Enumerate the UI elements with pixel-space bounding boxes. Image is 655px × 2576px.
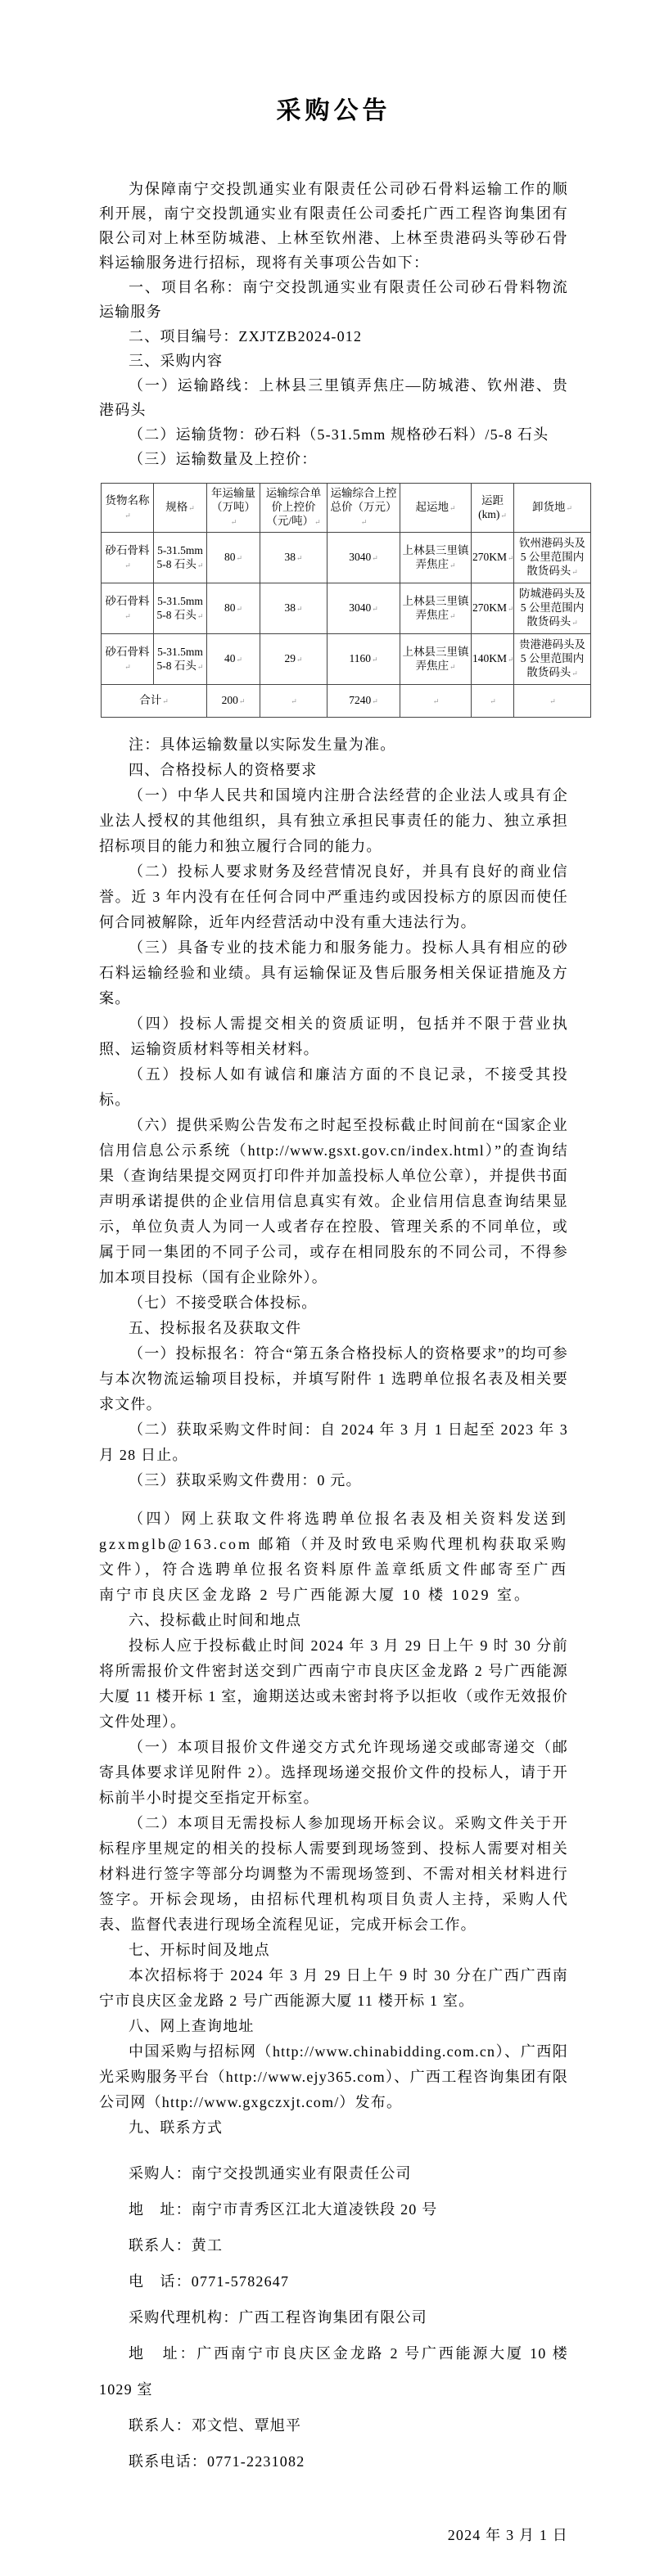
table-row: 砂石骨料5-31.5mm 5-8 石头80383040上林县三里镇弄焦庄270K… [102,583,591,634]
table-cell: 29 [260,634,327,685]
paragraph: （三）运输数量及上控价： [99,447,568,471]
table-cell: 270KM [472,583,514,634]
table-header-cell: 运输综合上控总价（万元） [327,484,400,533]
table-cell: 钦州港码头及 5 公里范围内散货码头 [514,533,591,583]
paragraph: （七）不接受联合体投标。 [99,1290,568,1316]
paragraph: （四）投标人需提交相关的资质证明，包括并不限于营业执照、运输资质材料等相关材料。 [99,1011,568,1062]
table-cell: 贵港港码头及 5 公里范围内散货码头 [514,634,591,685]
table-total-label: 合计 [102,685,207,718]
paragraph: 五、投标报名及获取文件 [99,1316,568,1341]
table-cell: 140KM [472,634,514,685]
paragraph: （一）运输路线：上林县三里镇弄焦庄—防城港、钦州港、贵港码头 [99,373,568,422]
table-cell: 200 [207,685,260,718]
table-cell: 80 [207,533,260,583]
table-cell: 上林县三里镇弄焦庄 [400,533,472,583]
table-total-row: 合计2007240 [102,685,591,718]
table-cell [472,685,514,718]
table-cell: 80 [207,583,260,634]
date-footer: 2024 年 3 月 1 日 [99,2524,568,2545]
paragraph: 九、联系方式 [99,2115,568,2141]
table-cell: 上林县三里镇弄焦庄 [400,583,472,634]
paragraph: （二）投标人要求财务及经营情况良好，并具有良好的商业信誉。近 3 年内没有在任何… [99,859,568,935]
table-cell [260,685,327,718]
paragraph: 二、项目编号：ZXJTZB2024-012 [99,324,568,349]
paragraph: 注：具体运输数量以实际发生量为准。 [99,732,568,758]
paragraph: 本次招标将于 2024 年 3 月 29 日上午 9 时 30 分在广西广西南宁… [99,1963,568,2014]
transport-quantity-table: 货物名称规格年运输量（万吨）运输综合单价上控价（元/吨）运输综合上控总价（万元）… [101,483,591,718]
paragraph: 投标人应于投标截止时间 2024 年 3 月 29 日上午 9 时 30 分前将… [99,1633,568,1735]
paragraph: （四）网上获取文件将选聘单位报名表及相关资料发送到 gzxmglb@163.co… [99,1506,568,1608]
paragraph: （三）获取采购文件费用：0 元。 [99,1468,568,1493]
paragraph: （二）运输货物：砂石料（5-31.5mm 规格砂石料）/5-8 石头 [99,422,568,447]
table-cell: 5-31.5mm 5-8 石头 [154,634,207,685]
paragraph: 一、项目名称：南宁交投凯通实业有限责任公司砂石骨料物流运输服务 [99,275,568,324]
table-cell: 38 [260,583,327,634]
table-header-cell: 运输综合单价上控价（元/吨） [260,484,327,533]
purchase-content-section: 为保障南宁交投凯通实业有限责任公司砂石骨料运输工作的顺利开展，南宁交投凯通实业有… [99,177,568,471]
paragraph: （三）具备专业的技术能力和服务能力。投标人具有相应的砂石料运输经验和业绩。具有运… [99,935,568,1011]
table-cell: 1160 [327,634,400,685]
table-cell: 3040 [327,583,400,634]
table-cell: 3040 [327,533,400,583]
contact-line: 采购代理机构：广西工程咨询集团有限公司 [99,2299,568,2335]
paragraph: 七、开标时间及地点 [99,1938,568,1963]
table-row: 砂石骨料5-31.5mm 5-8 石头80383040上林县三里镇弄焦庄270K… [102,533,591,583]
table-cell: 38 [260,533,327,583]
contact-line: 地 址：南宁市青秀区江北大道凌铁段 20 号 [99,2191,568,2227]
table-cell: 防城港码头及 5 公里范围内散货码头 [514,583,591,634]
table-cell: 5-31.5mm 5-8 石头 [154,583,207,634]
document-page: 采购公告 为保障南宁交投凯通实业有限责任公司砂石骨料运输工作的顺利开展，南宁交投… [0,0,655,2576]
table-cell: 7240 [327,685,400,718]
table-header-cell: 规格 [154,484,207,533]
contact-line: 电 话：0771-5782647 [99,2263,568,2299]
table-cell: 砂石骨料 [102,634,154,685]
paragraph: （二）本项目无需投标人参加现场开标会议。采购文件关于开标程序里规定的相关的投标人… [99,1811,568,1938]
table-cell: 砂石骨料 [102,583,154,634]
paragraph: （五）投标人如有诚信和廉洁方面的不良记录，不接受其投标。 [99,1062,568,1113]
paragraph: 六、投标截止时间和地点 [99,1608,568,1633]
table-header-cell: 起运地 [400,484,472,533]
announcement-body-section: 注：具体运输数量以实际发生量为准。四、合格投标人的资格要求（一）中华人民共和国境… [99,732,568,2141]
paragraph: （一）中华人民共和国境内注册合法经营的企业法人或具有企业法人授权的其他组织，具有… [99,783,568,859]
table-header-cell: 运距(km) [472,484,514,533]
paragraph: 八、网上查询地址 [99,2014,568,2039]
paragraph: 四、合格投标人的资格要求 [99,758,568,783]
paragraph: （六）提供采购公告发布之时起至投标截止时间前在“国家企业信用信息公示系统（htt… [99,1113,568,1290]
paragraph: （一）本项目报价文件递交方式允许现场递交或邮寄递交（邮寄具体要求详见附件 2）。… [99,1735,568,1811]
table-header-cell: 货物名称 [102,484,154,533]
table-header-cell: 年运输量（万吨） [207,484,260,533]
contact-info-section: 采购人：南宁交投凯通实业有限责任公司地 址：南宁市青秀区江北大道凌铁段 20 号… [99,2155,568,2479]
table-cell: 270KM [472,533,514,583]
table-cell: 砂石骨料 [102,533,154,583]
paragraph: （一）投标报名：符合“第五条合格投标人的资格要求”的均可参与本次物流运输项目投标… [99,1341,568,1417]
table-cell: 5-31.5mm 5-8 石头 [154,533,207,583]
contact-line: 联系电话：0771-2231082 [99,2443,568,2479]
paragraph: 为保障南宁交投凯通实业有限责任公司砂石骨料运输工作的顺利开展，南宁交投凯通实业有… [99,177,568,275]
table-cell [514,685,591,718]
table-header-cell: 卸货地 [514,484,591,533]
table-row: 砂石骨料5-31.5mm 5-8 石头40291160上林县三里镇弄焦庄140K… [102,634,591,685]
table-cell [400,685,472,718]
contact-line: 联系人：邓文恺、覃旭平 [99,2407,568,2443]
document-title: 采购公告 [99,97,568,126]
paragraph: （二）获取采购文件时间：自 2024 年 3 月 1 日起至 2023 年 3 … [99,1417,568,1468]
table-cell: 40 [207,634,260,685]
table-cell: 上林县三里镇弄焦庄 [400,634,472,685]
paragraph: 三、采购内容 [99,349,568,373]
paragraph: 中国采购与招标网（http://www.chinabidding.com.cn）… [99,2039,568,2115]
contact-line: 联系人：黄工 [99,2227,568,2263]
contact-line: 地 址：广西南宁市良庆区金龙路 2 号广西能源大厦 10 楼 1029 室 [99,2335,568,2407]
contact-line: 采购人：南宁交投凯通实业有限责任公司 [99,2155,568,2191]
